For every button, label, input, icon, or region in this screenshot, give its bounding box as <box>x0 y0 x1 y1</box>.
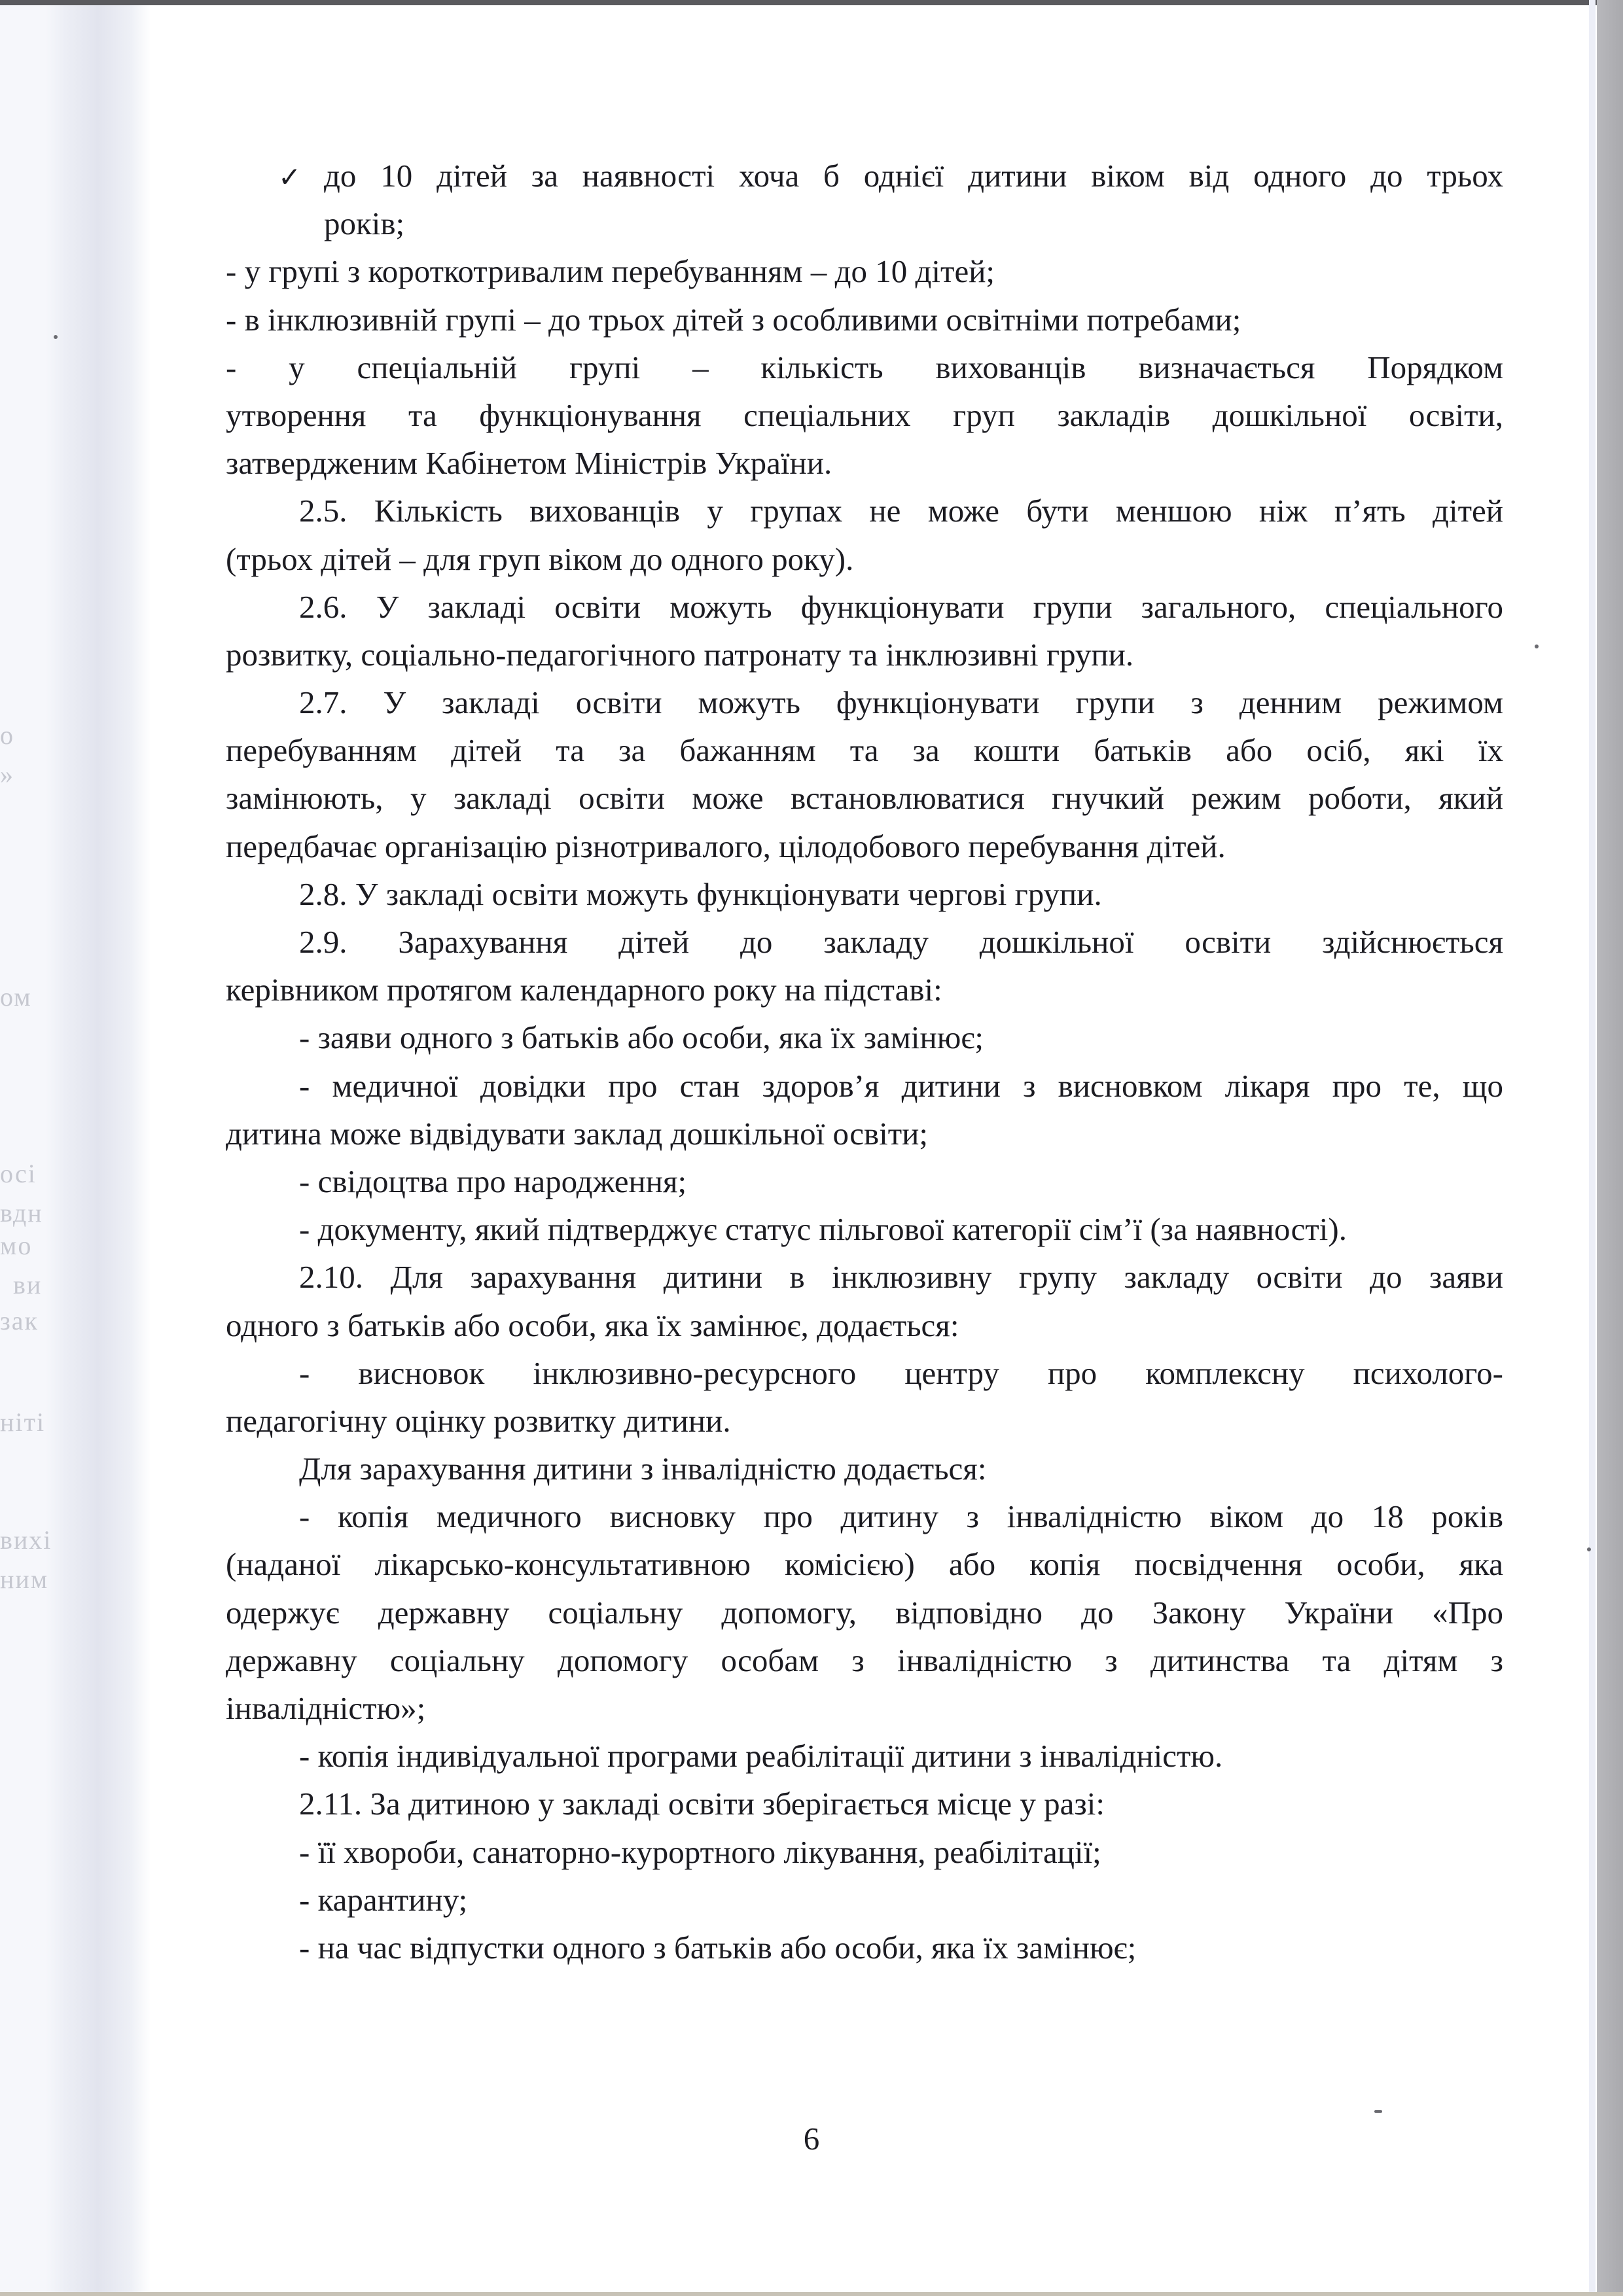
text-line: утворення та функціонування спеціальних … <box>226 391 1503 439</box>
list-item: - свідоцтва про народження; <box>226 1157 1503 1205</box>
text-line: інвалідністю»; <box>226 1684 1503 1732</box>
bleed-through-text: осі <box>0 1158 52 1189</box>
list-item: - карантину; <box>226 1876 1503 1924</box>
bleed-through-text: вдн <box>0 1197 52 1228</box>
paragraph-2-9: 2.9. Зарахування дітей до закладу дошкіл… <box>226 918 1503 966</box>
scan-top-edge <box>0 0 1623 5</box>
scan-speck <box>1535 645 1539 648</box>
list-item: - копія медичного висновку про дитину з … <box>226 1492 1503 1540</box>
bleed-through-text: вихі <box>0 1525 52 1555</box>
paragraph-2-10: 2.10. Для зарахування дитини в інклюзивн… <box>226 1253 1503 1301</box>
paragraph-2-7: 2.7. У закладі освіти можуть функціонува… <box>226 679 1503 726</box>
list-item: - медичної довідки про стан здоров’я дит… <box>226 1062 1503 1110</box>
text-line: (наданої лікарсько-консультативною коміс… <box>226 1540 1503 1588</box>
bleed-through-text: ви <box>13 1269 65 1300</box>
text-line: (трьох дітей – для груп віком до одного … <box>226 535 1503 583</box>
checklist-item: ✓до 10 дітей за наявності хоча б однієї … <box>226 152 1503 200</box>
scan-speck <box>1587 1547 1591 1551</box>
paragraph-2-6: 2.6. У закладі освіти можуть функціонува… <box>226 583 1503 631</box>
checkmark-icon: ✓ <box>278 153 324 201</box>
page-number: 6 <box>0 2120 1623 2157</box>
document-page: ✓до 10 дітей за наявності хоча б однієї … <box>226 152 1503 1971</box>
text-line: державну соціальну допомогу особам з інв… <box>226 1636 1503 1684</box>
text-line: замінюють, у закладі освіти може встанов… <box>226 774 1503 822</box>
text-line: затвердженим Кабінетом Міністрів України… <box>226 439 1503 487</box>
paragraph-2-8: 2.8. У закладі освіти можуть функціонува… <box>226 870 1503 918</box>
paragraph-2-11: 2.11. За дитиною у закладі освіти зберіг… <box>226 1780 1503 1828</box>
text-line: педагогічну оцінку розвитку дитини. <box>226 1397 1503 1445</box>
list-item: - документу, який підтверджує статус піл… <box>226 1205 1503 1253</box>
text-line: передбачає організацію різнотривалого, ц… <box>226 822 1503 870</box>
paragraph-2-5: 2.5. Кількість вихованців у групах не мо… <box>226 487 1503 535</box>
bleed-through-text: мо <box>0 1230 52 1261</box>
text-line: перебуванням дітей та за бажанням та за … <box>226 726 1503 774</box>
list-item: - на час відпустки одного з батьків або … <box>226 1924 1503 1971</box>
scan-right-edge-line <box>1589 0 1596 2296</box>
scan-right-edge <box>1597 0 1623 2296</box>
line-text: до 10 дітей за наявності хоча б однієї д… <box>324 158 1503 194</box>
list-item: - в інклюзивній групі – до трьох дітей з… <box>226 296 1503 344</box>
list-item: - заяви одного з батьків або особи, яка … <box>226 1014 1503 1061</box>
scan-speck <box>1374 2110 1382 2113</box>
bleed-through-text: ом <box>0 981 52 1012</box>
text-line: одержує державну соціальну допомогу, від… <box>226 1589 1503 1636</box>
bleed-through-text: » <box>0 759 52 790</box>
bleed-through-text: ніті <box>0 1407 52 1438</box>
text-line: одного з батьків або особи, яка їх замін… <box>226 1301 1503 1349</box>
list-item: - у групі з короткотривалим перебуванням… <box>226 247 1503 295</box>
bleed-through-text: зак <box>0 1305 52 1336</box>
list-item: - у спеціальній групі – кількість вихова… <box>226 344 1503 391</box>
bleed-through-text: ним <box>0 1564 52 1595</box>
scan-left-shadow <box>0 5 151 2296</box>
text-line: дитина може відвідувати заклад дошкільно… <box>226 1110 1503 1157</box>
scan-bottom-edge <box>0 2292 1623 2296</box>
list-item: - її хвороби, санаторно-курортного лікув… <box>226 1828 1503 1876</box>
text-line: керівником протягом календарного року на… <box>226 966 1503 1014</box>
paragraph-disability: Для зарахування дитини з інвалідністю до… <box>226 1445 1503 1492</box>
list-item: - копія індивідуальної програми реабіліт… <box>226 1732 1503 1780</box>
text-line: розвитку, соціально-педагогічного патрон… <box>226 631 1503 679</box>
scan-speck <box>54 335 58 339</box>
list-item: - висновок інклюзивно-ресурсного центру … <box>226 1349 1503 1397</box>
bleed-through-text: о <box>0 720 52 751</box>
text-line: років; <box>226 200 1503 247</box>
